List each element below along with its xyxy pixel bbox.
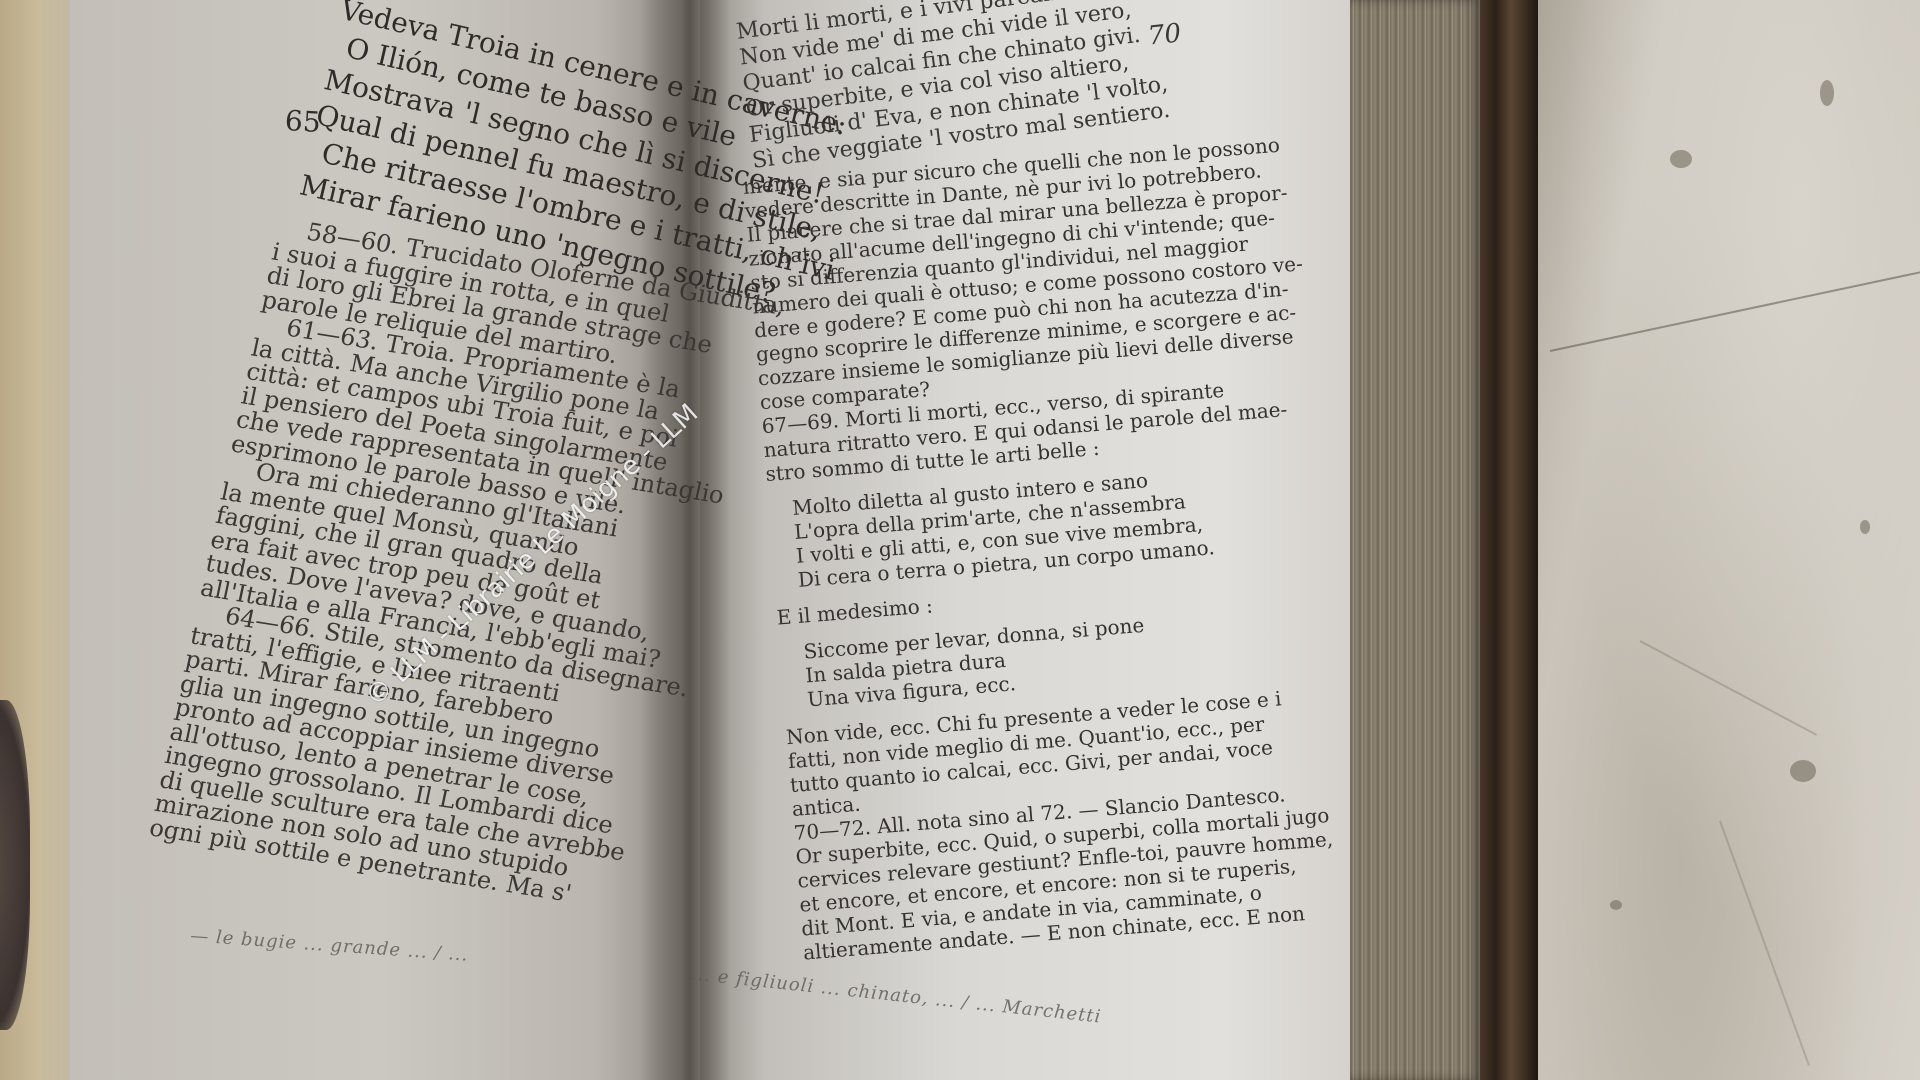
book-cover-edge (1478, 0, 1538, 1080)
page-block-edges (1345, 0, 1480, 1080)
verse-line-number: 65 (284, 104, 321, 139)
marble-surface (1520, 0, 1920, 1080)
right-commentary: mente, e sia pur sicuro che quelli che n… (742, 132, 1354, 965)
photo-scene: Vedeva Troia in cenere e in caverne: O I… (0, 0, 1920, 1080)
